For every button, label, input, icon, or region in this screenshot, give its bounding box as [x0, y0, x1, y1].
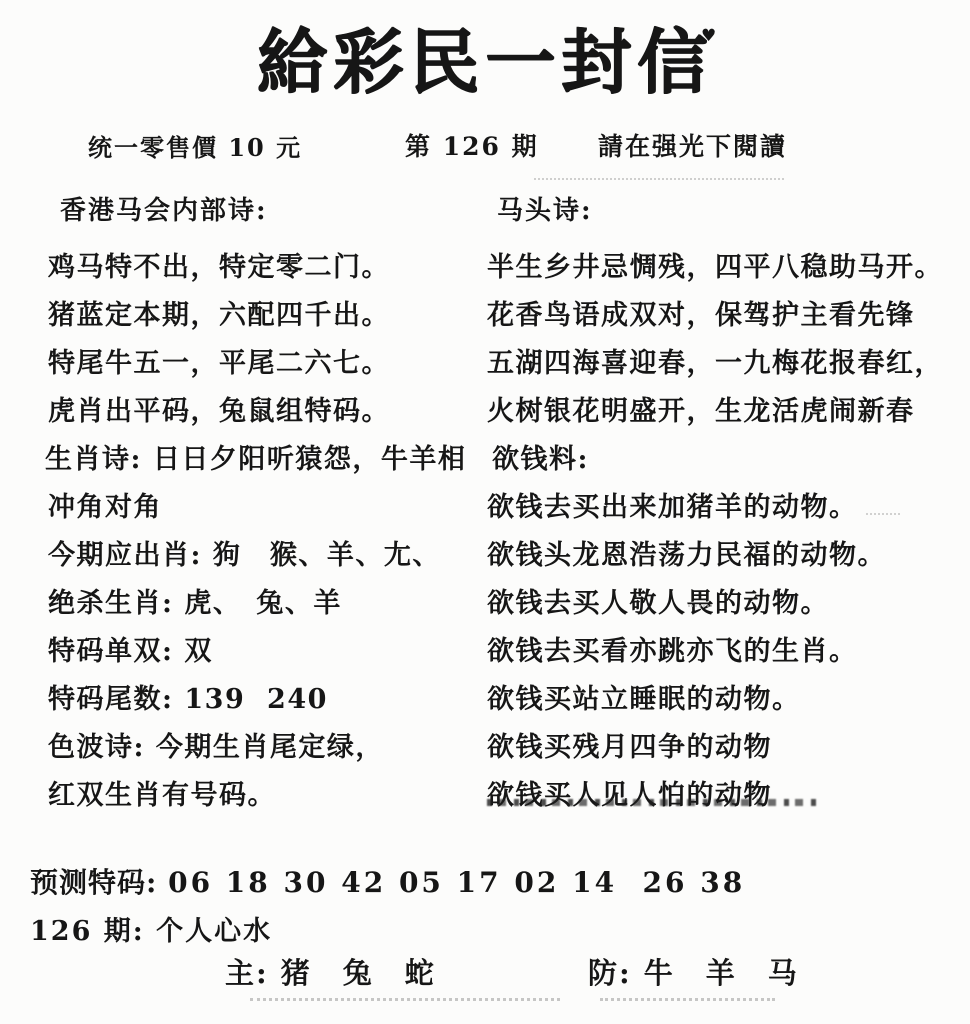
ink-speck-artifact — [688, 600, 712, 607]
page-title: 給彩民一封信 — [0, 20, 970, 104]
poem-line: 鸡马特不出，特定零二门。 — [48, 252, 390, 284]
right-column-heading: 马头诗: — [497, 196, 593, 227]
expected-zodiac-line: 今期应出肖: 狗 猴、羊、尢、 — [48, 540, 441, 572]
money-riddle-line: 欲钱去买出来加猪羊的动物。 — [487, 492, 858, 524]
price-label: 统一零售價 10 元 — [88, 134, 302, 163]
money-riddle-line: 欲钱头龙恩浩荡力民福的动物。 — [487, 540, 886, 572]
tail-number-line: 特码尾数: 139 240 — [48, 684, 328, 716]
prediction-label: 预测特码: — [30, 866, 168, 899]
money-riddle-line: 欲钱买残月四争的动物 — [487, 732, 772, 764]
poem-line: 虎肖出平码，兔鼠组特码。 — [48, 396, 390, 428]
ink-speck-artifact — [866, 508, 900, 515]
lottery-tip-sheet: 給彩民一封信 ♥ 统一零售價 10 元 第 126 期 請在强光下閱讀 香港马会… — [0, 0, 970, 1024]
personal-pick-line: 126 期: 个人心水 — [30, 916, 272, 948]
issue-number: 第 126 期 — [405, 132, 539, 162]
reading-notice: 請在强光下閱讀 — [598, 132, 787, 162]
cutoff-text-artifact — [487, 799, 817, 806]
zodiac-poem-continuation: 冲角对角 — [48, 492, 162, 524]
main-picks-underline — [250, 993, 560, 1001]
killed-zodiac-line: 绝杀生肖: 虎、 兔、羊 — [48, 588, 342, 620]
color-wave-continuation: 红双生肖有号码。 — [48, 780, 276, 812]
money-riddle-line: 欲钱去买人敬人畏的动物。 — [487, 588, 829, 620]
faded-print-artifact — [534, 172, 784, 180]
prediction-numbers: 06 18 30 42 05 17 02 14 26 38 — [168, 866, 745, 899]
money-riddle-line: 欲钱去买看亦跳亦飞的生肖。 — [487, 636, 858, 668]
guard-picks-underline — [600, 993, 775, 1001]
main-picks: 主: 猪 兔 蛇 — [225, 956, 436, 991]
heart-accent-icon: ♥ — [701, 26, 716, 46]
zodiac-poem-line: 生肖诗: 日日夕阳听猿怨，牛羊相 — [45, 444, 466, 476]
horsehead-poem-line: 火树银花明盛开，生龙活虎闹新春 — [487, 396, 915, 428]
left-column-heading: 香港马会内部诗: — [60, 196, 268, 227]
poem-line: 猪蓝定本期，六配四千出。 — [48, 300, 390, 332]
prediction-line: 预测特码: 06 18 30 42 05 17 02 14 26 38 — [30, 866, 745, 900]
poem-line: 特尾牛五一，平尾二六七。 — [48, 348, 390, 380]
money-riddle-heading: 欲钱料: — [492, 444, 589, 476]
color-wave-line: 色波诗: 今期生肖尾定绿， — [48, 732, 384, 764]
money-riddle-line: 欲钱买站立睡眠的动物。 — [487, 684, 801, 716]
horsehead-poem-line: 五湖四海喜迎春，一九梅花报春红， — [487, 348, 943, 380]
money-riddle-line: 欲钱买人见人怕的动物 — [487, 780, 772, 812]
horsehead-poem-line: 半生乡井忌惆残，四平八稳助马开。 — [487, 252, 943, 284]
odd-even-line: 特码单双: 双 — [48, 636, 213, 668]
guard-picks: 防: 牛 羊 马 — [588, 956, 799, 991]
horsehead-poem-line: 花香鸟语成双对，保驾护主看先锋 — [487, 300, 915, 332]
